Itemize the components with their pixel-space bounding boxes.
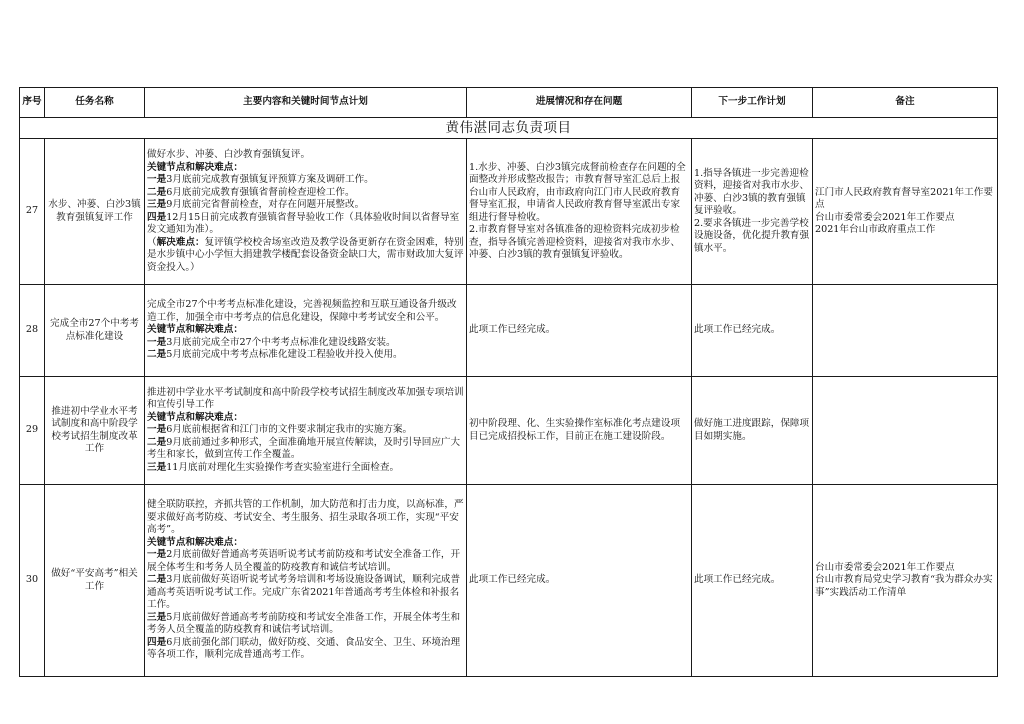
content-item: 二是6月底前完成教育强镇省督前检查迎检工作。 [147, 187, 464, 200]
progress-item: 1.水步、冲蒌、白沙3镇完成督前检查存在问题的全面整改并形成整改报告；市教育督导… [469, 162, 689, 225]
content-key-label: 关键节点和解决难点： [147, 537, 464, 550]
cell-task: 推进初中学业水平考试制度和高中阶段学校考试招生制度改革工作 [45, 377, 145, 485]
content-key-label: 关键节点和解决难点： [147, 162, 464, 175]
content-item: 二是3月底前做好英语听说考试考务培训和考场设施设备调试，顺利完成普通高考英语听说… [147, 574, 464, 612]
cell-progress: 此项工作已经完成。 [467, 485, 692, 677]
cell-progress: 此项工作已经完成。 [467, 285, 692, 377]
remark-item: 2021年台山市政府重点工作 [815, 224, 995, 237]
header-next: 下一步工作计划 [692, 88, 813, 118]
cell-remark: 台山市委常委会2021年工作要点 台山市教育局党史学习教育“我为群众办实事”实践… [813, 485, 998, 677]
content-intro: 做好水步、冲蒌、白沙教育强镇复评。 [147, 149, 464, 162]
table-row: 30 做好“平安高考”相关工作 健全联防联控，齐抓共管的工作机制，加大防范和打击… [20, 485, 998, 677]
remark-item: 台山市委常委会2021年工作要点 [815, 562, 995, 575]
header-seq: 序号 [20, 88, 45, 118]
content-item: 四是12月15日前完成教育强镇省督导验收工作（具体验收时间以省督导室发文通知为准… [147, 212, 464, 237]
section-row: 黄伟湛同志负责项目 [20, 118, 998, 139]
cell-content: 做好水步、冲蒌、白沙教育强镇复评。 关键节点和解决难点： 一是3月底前完成教育强… [145, 139, 467, 285]
cell-seq: 27 [20, 139, 45, 285]
content-item: 一是2月底前做好普通高考英语听说考试考前防疫和考试安全准备工作，开展全体考生和考… [147, 549, 464, 574]
remark-item: 台山市委常委会2021年工作要点 [815, 212, 995, 225]
work-plan-table: 序号 任务名称 主要内容和关键时间节点计划 进展情况和存在问题 下一步工作计划 … [19, 87, 998, 677]
progress-item: 2.市教育督导室对各镇准备的迎检资料完成初步检查，指导各镇完善迎检资料，迎接省对… [469, 224, 689, 262]
table-row: 28 完成全市27个中考考点标准化建设 完成全市27个中考考点标准化建设，完善视… [20, 285, 998, 377]
cell-progress: 初中阶段理、化、生实验操作室标准化考点建设项目已完成招投标工作，目前正在施工建设… [467, 377, 692, 485]
header-progress: 进展情况和存在问题 [467, 88, 692, 118]
cell-seq: 30 [20, 485, 45, 677]
cell-next: 此项工作已经完成。 [692, 485, 813, 677]
cell-task: 水步、冲蒌、白沙3镇教育强镇复评工作 [45, 139, 145, 285]
cell-seq: 29 [20, 377, 45, 485]
remark-item: 江门市人民政府教育督导室2021年工作要点 [815, 187, 995, 212]
content-difficulty: （解决难点：复评镇学校校舍场室改造及教学设备更新存在资金困难，特别是水步镇中心小… [147, 237, 464, 275]
cell-remark [813, 377, 998, 485]
cell-task: 完成全市27个中考考点标准化建设 [45, 285, 145, 377]
header-remark: 备注 [813, 88, 998, 118]
section-title: 黄伟湛同志负责项目 [20, 118, 998, 139]
cell-content: 健全联防联控，齐抓共管的工作机制，加大防范和打击力度，以高标准，严要求做好高考防… [145, 485, 467, 677]
header-task: 任务名称 [45, 88, 145, 118]
content-item: 三是11月底前对理化生实验操作考查实验室进行全面检查。 [147, 462, 464, 475]
content-intro: 完成全市27个中考考点标准化建设，完善视频监控和互联互通设备升级改造工作，加强全… [147, 299, 464, 324]
content-key-label: 关键节点和解决难点： [147, 324, 464, 337]
table-row: 27 水步、冲蒌、白沙3镇教育强镇复评工作 做好水步、冲蒌、白沙教育强镇复评。 … [20, 139, 998, 285]
header-row: 序号 任务名称 主要内容和关键时间节点计划 进展情况和存在问题 下一步工作计划 … [20, 88, 998, 118]
table-row: 29 推进初中学业水平考试制度和高中阶段学校考试招生制度改革工作 推进初中学业水… [20, 377, 998, 485]
next-item: 1.指导各镇进一步完善迎检资料，迎接省对我市水步、冲蒌、白沙3镇的教育强镇复评验… [694, 168, 810, 218]
content-intro: 健全联防联控，齐抓共管的工作机制，加大防范和打击力度，以高标准，严要求做好高考防… [147, 499, 464, 537]
content-intro: 推进初中学业水平考试制度和高中阶段学校考试招生制度改革加强专项培训和宣传引导工作 [147, 387, 464, 412]
header-content: 主要内容和关键时间节点计划 [145, 88, 467, 118]
content-item: 一是3月底前完成教育强镇复评预算方案及调研工作。 [147, 174, 464, 187]
cell-content: 推进初中学业水平考试制度和高中阶段学校考试招生制度改革加强专项培训和宣传引导工作… [145, 377, 467, 485]
next-item: 2.要求各镇进一步完善学校设施设备，优化提升教育强镇水平。 [694, 218, 810, 256]
cell-task: 做好“平安高考”相关工作 [45, 485, 145, 677]
content-item: 一是6月底前根据省和江门市的文件要求制定我市的实施方案。 [147, 424, 464, 437]
content-item: 二是9月底前通过多种形式，全面准确地开展宣传解读，及时引导回应广大考生和家长，做… [147, 437, 464, 462]
cell-content: 完成全市27个中考考点标准化建设，完善视频监控和互联互通设备升级改造工作，加强全… [145, 285, 467, 377]
cell-next: 1.指导各镇进一步完善迎检资料，迎接省对我市水步、冲蒌、白沙3镇的教育强镇复评验… [692, 139, 813, 285]
content-item: 三是9月底前完省督前检查，对存在问题开展整改。 [147, 199, 464, 212]
cell-progress: 1.水步、冲蒌、白沙3镇完成督前检查存在问题的全面整改并形成整改报告；市教育督导… [467, 139, 692, 285]
content-item: 一是3月底前完成全市27个中考考点标准化建设线路安装。 [147, 337, 464, 350]
cell-next: 此项工作已经完成。 [692, 285, 813, 377]
content-item: 三是5月底前做好普通高考考前防疫和考试安全准备工作，开展全体考生和考务人员全覆盖… [147, 612, 464, 637]
content-item: 二是5月底前完成中考考点标准化建设工程验收并投入使用。 [147, 349, 464, 362]
cell-next: 做好施工进度跟踪，保障项目如期实施。 [692, 377, 813, 485]
cell-remark: 江门市人民政府教育督导室2021年工作要点 台山市委常委会2021年工作要点 2… [813, 139, 998, 285]
remark-item: 台山市教育局党史学习教育“我为群众办实事”实践活动工作清单 [815, 574, 995, 599]
content-key-label: 关键节点和解决难点： [147, 412, 464, 425]
cell-seq: 28 [20, 285, 45, 377]
content-item: 四是6月底前强化部门联动，做好防疫、交通、食品安全、卫生、环境治理等各项工作，顺… [147, 637, 464, 662]
cell-remark [813, 285, 998, 377]
